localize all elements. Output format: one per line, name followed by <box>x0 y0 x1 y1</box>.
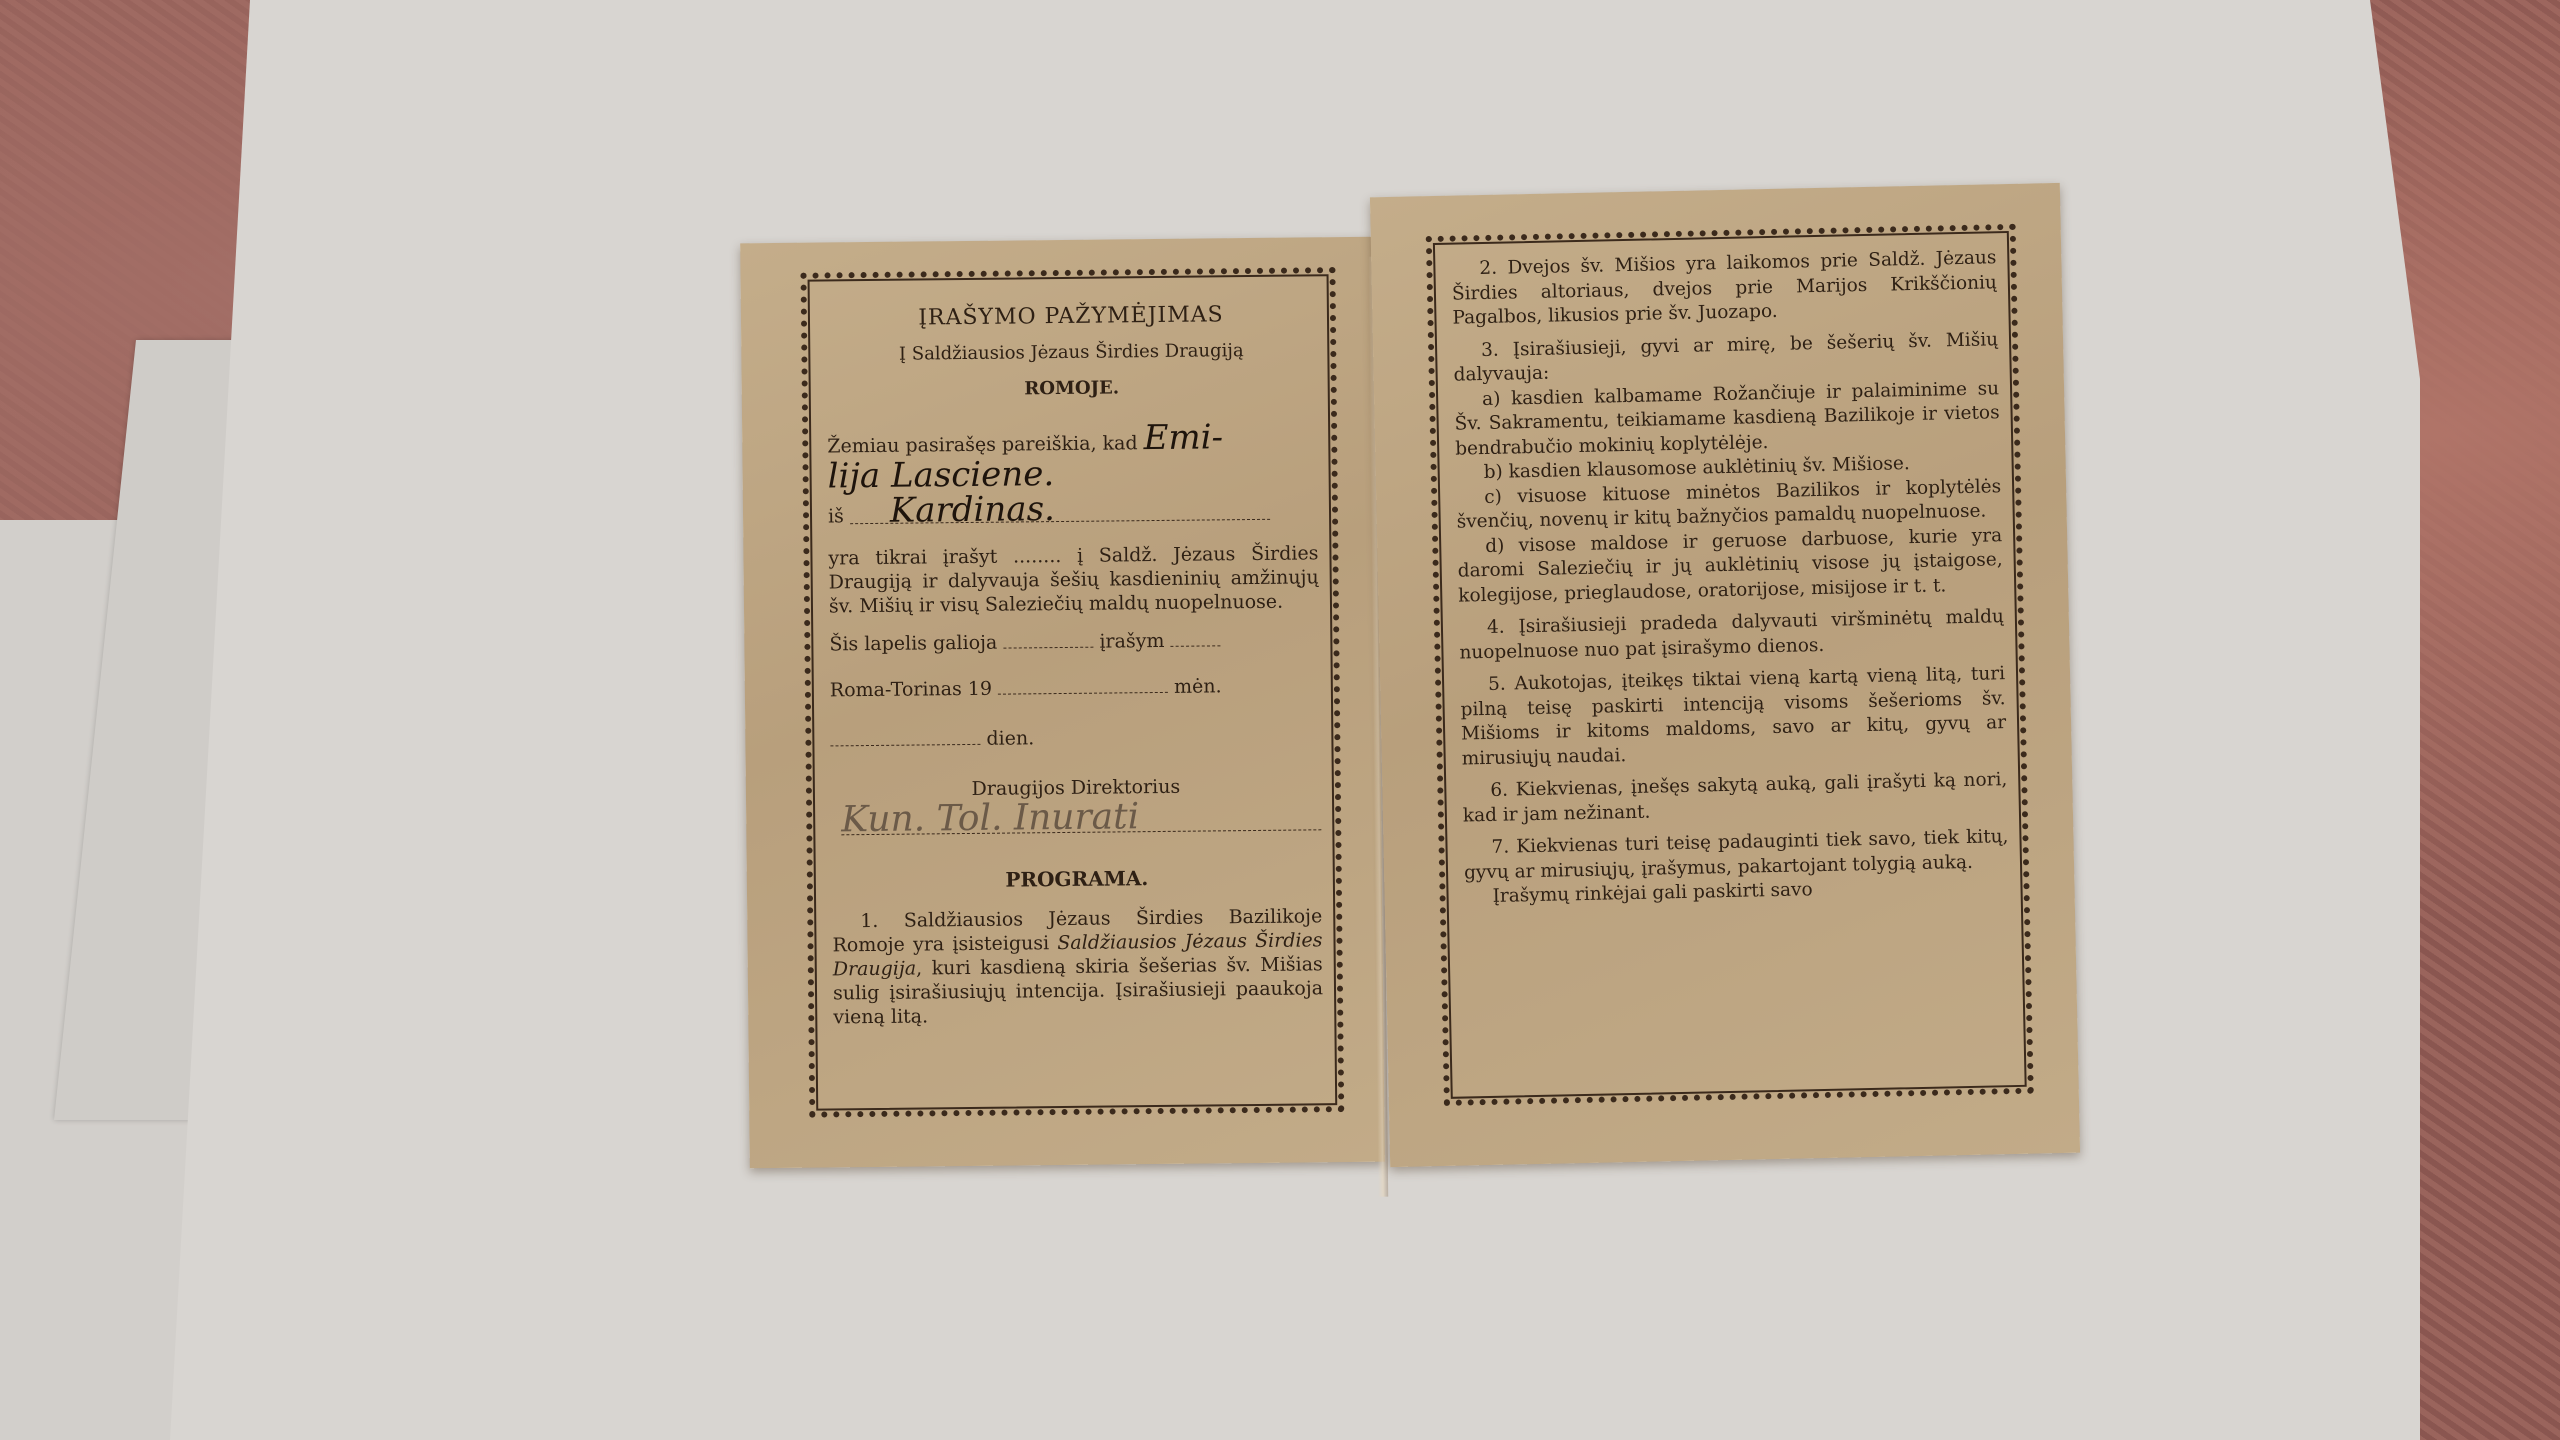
enrollment-paragraph: yra tikrai įrašyt ........ į Saldž. Jėza… <box>828 541 1319 618</box>
day-line: dien. <box>830 723 1320 752</box>
program-item-2: 2. Dvejos šv. Mišios yra laikomos prie S… <box>1451 246 1997 331</box>
date-line: Roma-Torinas 19 mėn. <box>830 673 1320 702</box>
program-item-6: 6. Kiekvienas, įnešęs sakytą auką, gali … <box>1462 768 2008 828</box>
record-label: įrašym <box>1099 630 1164 653</box>
program-item-5: 5. Aukotojas, įteikęs tiktai vieną kartą… <box>1460 662 2007 771</box>
valid-label: Šis lapelis galioja <box>829 632 997 656</box>
certificate-subtitle: Į Saldžiausios Jėzaus Širdies Draugiją <box>826 338 1316 367</box>
certificate-title: ĮRAŠYMO PAŽYMĖJIMAS <box>826 302 1316 331</box>
left-page: ĮRAŠYMO PAŽYMĖJIMAS Į Saldžiausios Jėzau… <box>740 237 1385 1169</box>
name-line: lija Lasciene. <box>827 459 1317 493</box>
validity-line: Šis lapelis galioja įrašym <box>829 627 1319 656</box>
certificate-location: ROMOJE. <box>827 374 1317 403</box>
handwritten-place: Kardinas. <box>850 495 1270 524</box>
from-line: iš Kardinas. <box>828 494 1318 528</box>
program-item-3d: d) visose maldose ir geruose darbuose, k… <box>1457 524 2003 609</box>
right-page: 2. Dvejos šv. Mišios yra laikomos prie S… <box>1370 183 2080 1167</box>
handwritten-name-1: Emi- <box>1143 417 1223 458</box>
program-title: PROGRAMA. <box>832 864 1322 893</box>
program-item-3a: a) kasdien kalbamame Rožančiuje ir palai… <box>1454 377 2000 462</box>
place-date: Roma-Torinas 19 <box>830 678 992 702</box>
statement-prefix: Žemiau pasirašęs pareiškia, kad <box>827 432 1138 457</box>
from-label: iš <box>828 505 844 527</box>
program-item-4: 4. Įsirašiusieji pradeda dalyvauti viršm… <box>1459 605 2005 665</box>
statement-line: Žemiau pasirašęs pareiškia, kad Emi- <box>827 424 1317 458</box>
certificate-booklet: ĮRAŠYMO PAŽYMĖJIMAS Į Saldžiausios Jėzau… <box>745 190 2070 1165</box>
day-label: dien. <box>986 727 1034 749</box>
program-item-1: 1. Saldžiausios Jėzaus Širdies Bazilikoj… <box>832 904 1323 1029</box>
director-signature: Kun. Tol. Inurati <box>841 803 1321 835</box>
month-label: mėn. <box>1174 675 1222 697</box>
